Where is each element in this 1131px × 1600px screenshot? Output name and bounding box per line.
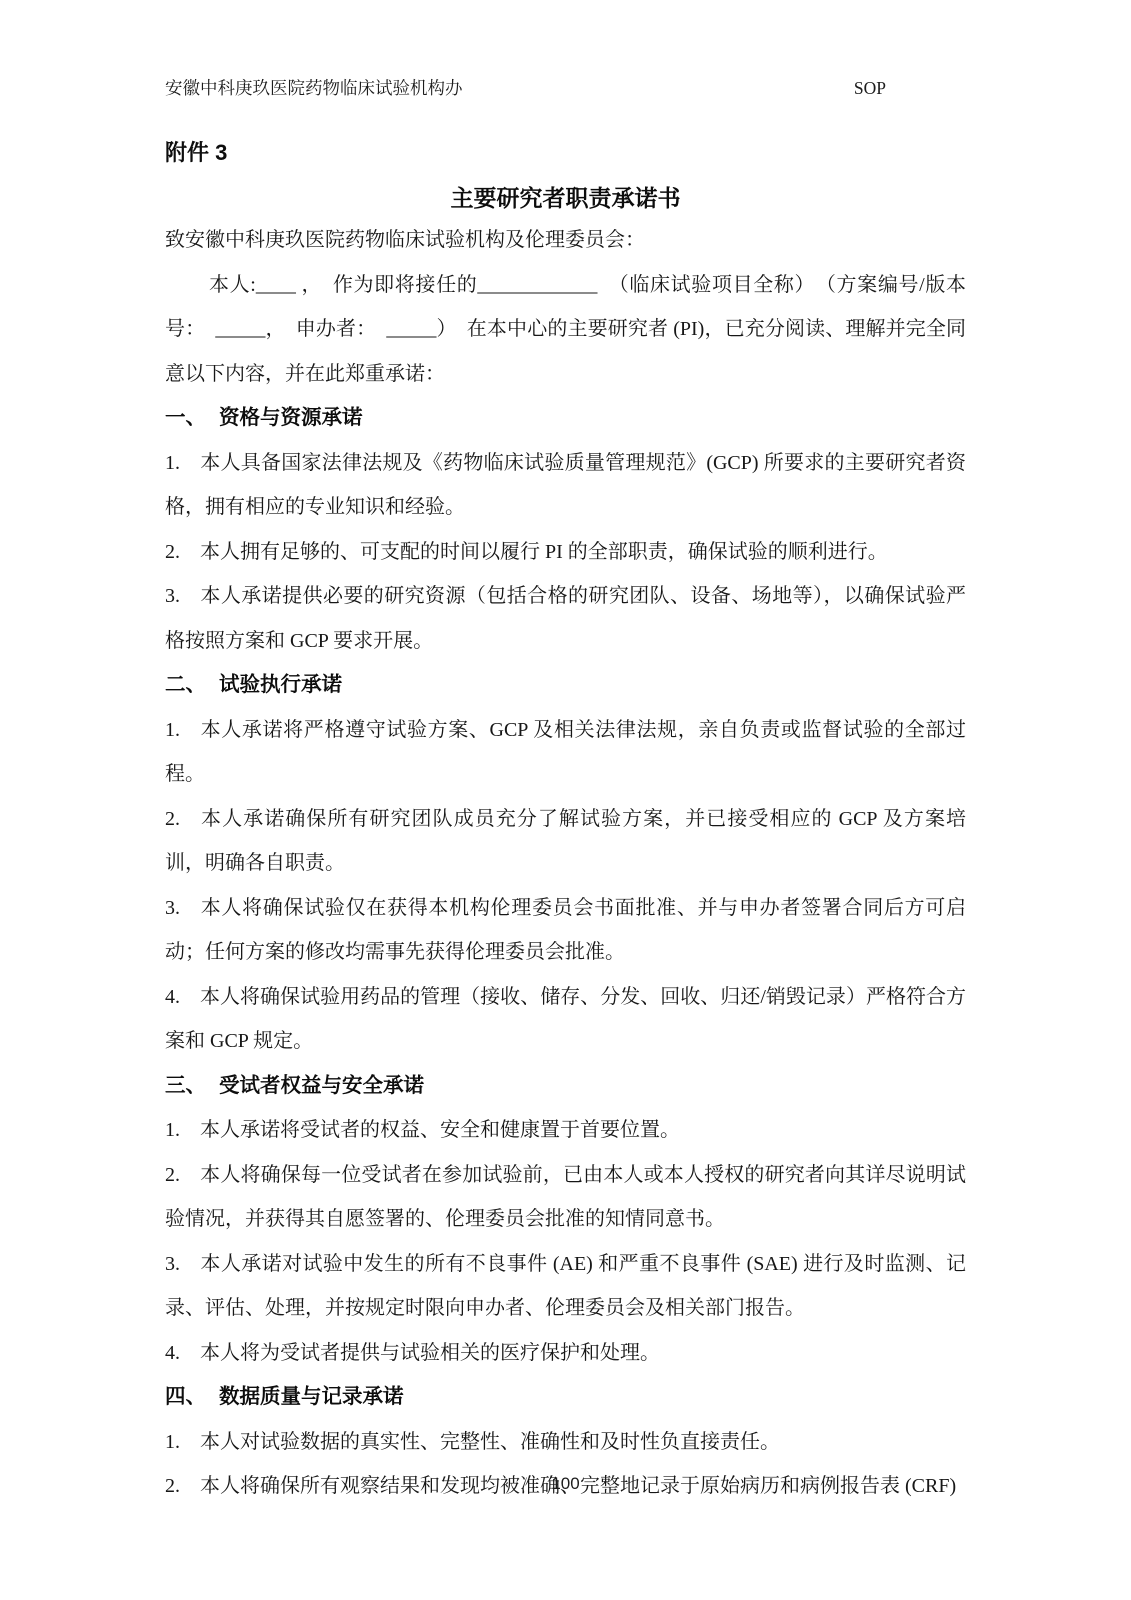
item-number: 3. bbox=[165, 574, 200, 619]
list-item: 3.本人承诺提供必要的研究资源（包括合格的研究团队、设备、场地等），以确保试验严… bbox=[165, 574, 966, 663]
page-header: 安徽中科庚玖医院药物临床试验机构办 SOP bbox=[165, 76, 966, 100]
list-item: 1.本人承诺将受试者的权益、安全和健康置于首要位置。 bbox=[165, 1108, 966, 1153]
item-number: 4. bbox=[165, 975, 200, 1020]
item-text: 本人承诺将严格遵守试验方案、GCP 及相关法律法规，亲自负责或监督试验的全部过程… bbox=[165, 719, 966, 786]
item-number: 2. bbox=[165, 1153, 200, 1198]
list-item: 4.本人将为受试者提供与试验相关的医疗保护和处理。 bbox=[165, 1331, 966, 1376]
item-text: 本人将为受试者提供与试验相关的医疗保护和处理。 bbox=[200, 1342, 660, 1364]
section-title: 资格与资源承诺 bbox=[219, 406, 363, 429]
header-sop-label: SOP bbox=[854, 76, 886, 100]
section-number: 二、 bbox=[165, 663, 219, 708]
item-text: 本人将确保试验仅在获得本机构伦理委员会书面批准、并与申办者签署合同后方可启动；任… bbox=[165, 897, 966, 964]
list-item: 3.本人将确保试验仅在获得本机构伦理委员会书面批准、并与申办者签署合同后方可启动… bbox=[165, 886, 966, 975]
list-item: 2.本人将确保每一位受试者在参加试验前，已由本人或本人授权的研究者向其详尽说明试… bbox=[165, 1153, 966, 1242]
item-text: 本人对试验数据的真实性、完整性、准确性和及时性负直接责任。 bbox=[200, 1431, 780, 1453]
section-title: 试验执行承诺 bbox=[219, 673, 342, 696]
list-item: 1.本人对试验数据的真实性、完整性、准确性和及时性负直接责任。 bbox=[165, 1420, 966, 1465]
document-body: 致安徽中科庚玖医院药物临床试验机构及伦理委员会： 本人:____ ， 作为即将接… bbox=[165, 218, 966, 1509]
item-text: 本人将确保每一位受试者在参加试验前，已由本人或本人授权的研究者向其详尽说明试验情… bbox=[165, 1164, 966, 1231]
section-heading-3: 三、受试者权益与安全承诺 bbox=[165, 1064, 966, 1109]
intro-paragraph: 本人:____ ， 作为即将接任的____________ （临床试验项目全称）… bbox=[165, 263, 966, 397]
attachment-label: 附件 3 bbox=[165, 140, 966, 166]
list-item: 2.本人拥有足够的、可支配的时间以履行 PI 的全部职责，确保试验的顺利进行。 bbox=[165, 530, 966, 575]
list-item: 2.本人承诺确保所有研究团队成员充分了解试验方案，并已接受相应的 GCP 及方案… bbox=[165, 797, 966, 886]
item-number: 4. bbox=[165, 1331, 200, 1376]
list-item: 4.本人将确保试验用药品的管理（接收、储存、分发、回收、归还/销毁记录）严格符合… bbox=[165, 975, 966, 1064]
section-title: 数据质量与记录承诺 bbox=[219, 1385, 404, 1408]
item-number: 2. bbox=[165, 530, 200, 575]
section-heading-4: 四、数据质量与记录承诺 bbox=[165, 1375, 966, 1420]
item-number: 3. bbox=[165, 886, 200, 931]
section-number: 一、 bbox=[165, 396, 219, 441]
item-text: 本人承诺对试验中发生的所有不良事件 (AE) 和严重不良事件 (SAE) 进行及… bbox=[165, 1253, 966, 1320]
page-number: 100 bbox=[0, 1474, 1131, 1494]
item-text: 本人将确保试验用药品的管理（接收、储存、分发、回收、归还/销毁记录）严格符合方案… bbox=[165, 986, 966, 1053]
item-text: 本人承诺将受试者的权益、安全和健康置于首要位置。 bbox=[200, 1119, 680, 1141]
page-title: 主要研究者职责承诺书 bbox=[165, 184, 966, 212]
item-number: 1. bbox=[165, 708, 200, 753]
document-page: 安徽中科庚玖医院药物临床试验机构办 SOP 附件 3 主要研究者职责承诺书 致安… bbox=[0, 0, 1131, 1600]
section-number: 三、 bbox=[165, 1064, 219, 1109]
item-number: 1. bbox=[165, 1108, 200, 1153]
salutation-line: 致安徽中科庚玖医院药物临床试验机构及伦理委员会： bbox=[165, 218, 966, 263]
item-text: 本人承诺提供必要的研究资源（包括合格的研究团队、设备、场地等），以确保试验严格按… bbox=[165, 585, 966, 652]
item-text: 本人具备国家法律法规及《药物临床试验质量管理规范》(GCP) 所要求的主要研究者… bbox=[165, 452, 966, 519]
list-item: 1.本人具备国家法律法规及《药物临床试验质量管理规范》(GCP) 所要求的主要研… bbox=[165, 441, 966, 530]
page-content: 安徽中科庚玖医院药物临床试验机构办 SOP 附件 3 主要研究者职责承诺书 致安… bbox=[165, 76, 966, 1509]
item-number: 1. bbox=[165, 441, 200, 486]
section-number: 四、 bbox=[165, 1375, 219, 1420]
section-heading-2: 二、试验执行承诺 bbox=[165, 663, 966, 708]
item-number: 1. bbox=[165, 1420, 200, 1465]
list-item: 3.本人承诺对试验中发生的所有不良事件 (AE) 和严重不良事件 (SAE) 进… bbox=[165, 1242, 966, 1331]
item-number: 3. bbox=[165, 1242, 200, 1287]
section-title: 受试者权益与安全承诺 bbox=[219, 1074, 424, 1097]
item-text: 本人拥有足够的、可支配的时间以履行 PI 的全部职责，确保试验的顺利进行。 bbox=[200, 541, 888, 563]
list-item: 1.本人承诺将严格遵守试验方案、GCP 及相关法律法规，亲自负责或监督试验的全部… bbox=[165, 708, 966, 797]
section-heading-1: 一、资格与资源承诺 bbox=[165, 396, 966, 441]
header-institution: 安徽中科庚玖医院药物临床试验机构办 bbox=[165, 76, 463, 100]
item-number: 2. bbox=[165, 797, 200, 842]
item-text: 本人承诺确保所有研究团队成员充分了解试验方案，并已接受相应的 GCP 及方案培训… bbox=[165, 808, 966, 875]
